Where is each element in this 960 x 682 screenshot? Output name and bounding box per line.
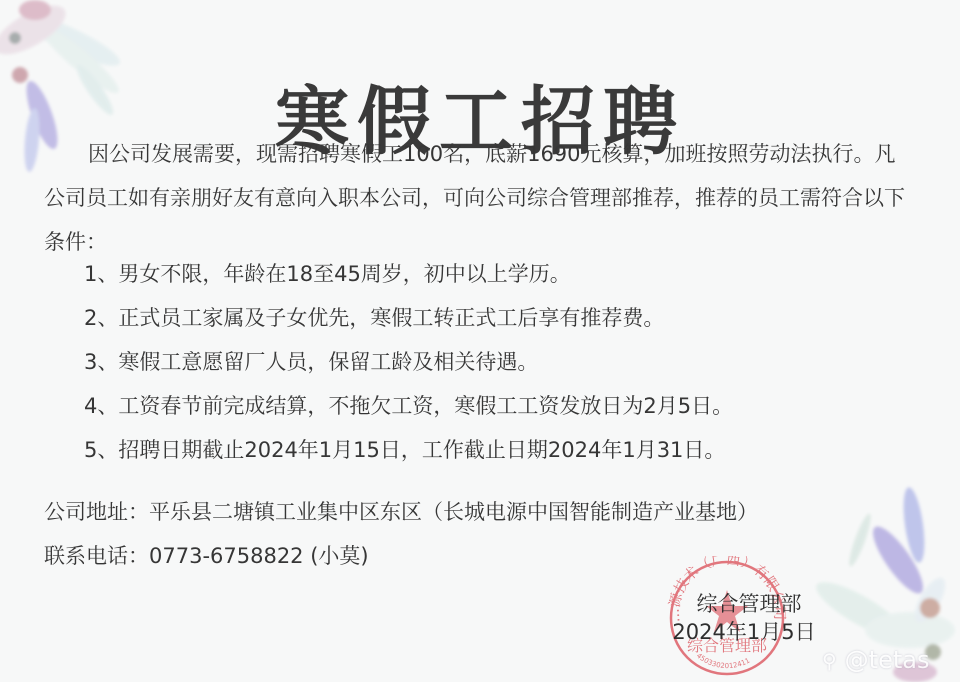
condition-item: 3、寒假工意愿留厂人员，保留工龄及相关待遇。 [84, 340, 733, 384]
condition-item: 4、工资春节前完成结算，不拖欠工资，寒假工工资发放日为2月5日。 [84, 384, 733, 428]
intro-paragraph: 因公司发展需要，现需招聘寒假工100名，底薪1690元核算，加班按照劳动法执行。… [44, 132, 924, 264]
condition-item: 1、男女不限，年龄在18至45周岁，初中以上学历。 [84, 252, 733, 296]
conditions-list: 1、男女不限，年龄在18至45周岁，初中以上学历。 2、正式员工家属及子女优先，… [84, 252, 733, 472]
intro-line-1: 因公司发展需要，现需招聘寒假工100名，底薪1690元核算，加班按照劳动法执行。… [44, 132, 924, 176]
intro-line-2: 公司员工如有亲朋好友有意向入职本公司，可向公司综合管理部推荐，推荐的员工需符合以… [44, 176, 924, 220]
signature-date: 2024年1月5日 [664, 618, 824, 646]
watermark: ⚲@tetas [822, 646, 929, 674]
company-address: 公司地址：平乐县二塘镇工业集中区东区（长城电源中国智能制造产业基地） [44, 490, 758, 534]
contact-info: 公司地址：平乐县二塘镇工业集中区东区（长城电源中国智能制造产业基地） 联系电话：… [44, 490, 758, 578]
condition-item: 2、正式员工家属及子女优先，寒假工转正式工后享有推荐费。 [84, 296, 733, 340]
signature-department: 综合管理部 [664, 590, 824, 618]
intro-line-1-text: 因公司发展需要，现需招聘寒假工100名，底薪1690元核算，加班按照劳动法执行。… [88, 142, 896, 166]
search-icon: ⚲ [822, 649, 837, 673]
watermark-text: @tetas [845, 646, 930, 674]
contact-phone: 联系电话：0773-6758822 (小莫) [44, 534, 758, 578]
signature-block: 综合管理部 2024年1月5日 [664, 590, 824, 646]
condition-item: 5、招聘日期截止2024年1月15日，工作截止日期2024年1月31日。 [84, 428, 733, 472]
